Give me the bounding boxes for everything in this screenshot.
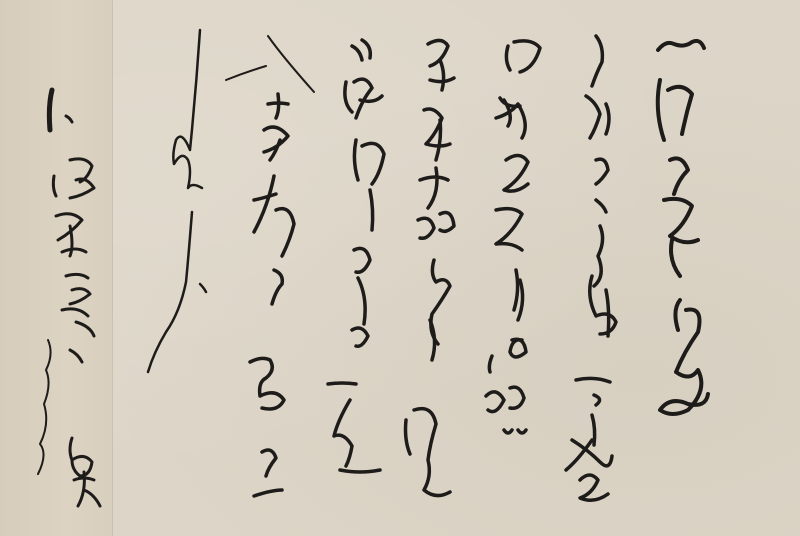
calligraphy-strokes <box>0 0 800 536</box>
calligraphy-letter: 御使之趣も らせられ清二丈 也状遣まいらせ候 是まで大地 り然候へ 入其様 かし… <box>0 0 800 536</box>
